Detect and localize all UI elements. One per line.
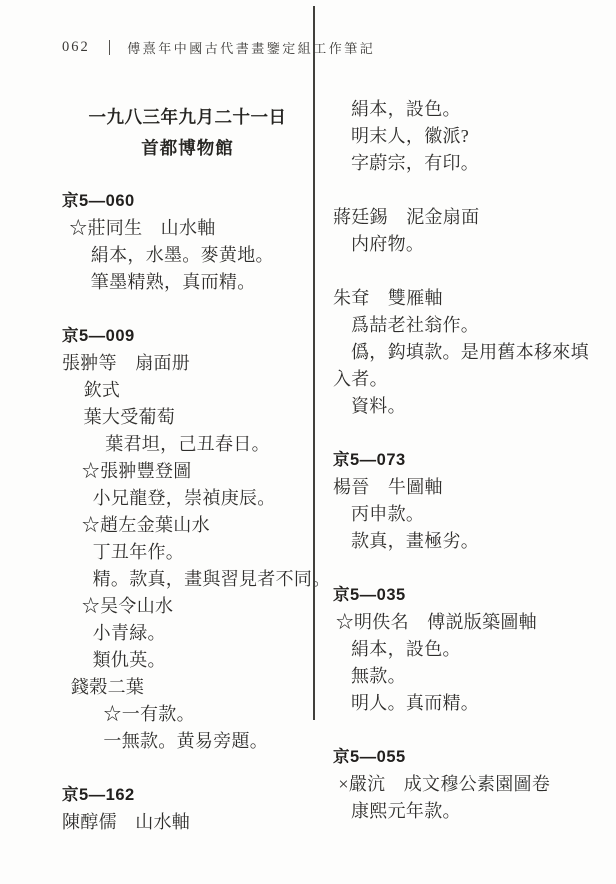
note-line: 楊晉 牛圖軸 bbox=[333, 474, 616, 501]
entry-date-heading: 一九八三年九月二十一日 bbox=[62, 102, 313, 133]
note-line: 一無款。黄易旁題。 bbox=[62, 728, 313, 755]
note-line: ☆張翀豐登圖 bbox=[62, 458, 313, 485]
note-line: 款真，畫極劣。 bbox=[333, 528, 616, 555]
left-column: 一九八三年九月二十一日 首都博物館 京5—060☆莊同生 山水軸絹本，水墨。麥黄… bbox=[62, 96, 313, 884]
note-line: 丁丑年作。 bbox=[62, 539, 313, 566]
section-heading: 一九八三年九月二十一日 首都博物館 bbox=[62, 102, 313, 164]
note-line: 小兄龍登，崇禎庚辰。 bbox=[62, 485, 313, 512]
note-line: 欽式 bbox=[62, 377, 313, 404]
note-line: 張翀等 扇面册 bbox=[62, 350, 313, 377]
note-line: 朱耷 雙雁軸 bbox=[333, 285, 616, 312]
note-line: 絹本，設色。 bbox=[333, 636, 616, 663]
note-line: 爲喆老社翁作。 bbox=[333, 312, 616, 339]
note-line: 葉大受葡萄 bbox=[62, 404, 313, 431]
note-line: 陳醇儒 山水軸 bbox=[62, 809, 313, 836]
note-line: 字蔚宗，有印。 bbox=[333, 150, 616, 177]
note-line: 僞，鈎填款。是用舊本移來填 bbox=[333, 339, 616, 366]
right-column: 絹本，設色。明末人，徽派?字蔚宗，有印。蔣廷錫 泥金扇面内府物。朱耷 雙雁軸爲喆… bbox=[313, 96, 616, 884]
left-column-lines: 京5—060☆莊同生 山水軸絹本，水墨。麥黄地。筆墨精熟，真而精。京5—009張… bbox=[62, 188, 313, 836]
right-column-lines: 絹本，設色。明末人，徽派?字蔚宗，有印。蔣廷錫 泥金扇面内府物。朱耷 雙雁軸爲喆… bbox=[333, 96, 616, 825]
blank-line bbox=[333, 258, 616, 285]
header-separator-rule bbox=[109, 40, 111, 55]
blank-line bbox=[333, 555, 616, 582]
note-line: 明人。真而精。 bbox=[333, 690, 616, 717]
note-line: 絹本，水墨。麥黄地。 bbox=[62, 242, 313, 269]
note-line: 内府物。 bbox=[333, 231, 616, 258]
note-line: ×嚴沆 成文穆公素園圖卷 bbox=[333, 771, 616, 798]
blank-line bbox=[333, 717, 616, 744]
note-line: 小青緑。 bbox=[62, 620, 313, 647]
catalog-number: 京5—035 bbox=[333, 582, 616, 609]
note-line: 蔣廷錫 泥金扇面 bbox=[333, 204, 616, 231]
note-line: 無款。 bbox=[333, 663, 616, 690]
note-line: 錢榖二葉 bbox=[62, 674, 313, 701]
note-line: 康熙元年款。 bbox=[333, 798, 616, 825]
note-line: 類仇英。 bbox=[62, 647, 313, 674]
note-line: ☆明佚名 傅説版築圖軸 bbox=[333, 609, 616, 636]
note-line: 葉君坦，己丑春日。 bbox=[62, 431, 313, 458]
note-line: 絹本，設色。 bbox=[333, 96, 616, 123]
note-line: 明末人，徽派? bbox=[333, 123, 616, 150]
catalog-number: 京5—055 bbox=[333, 744, 616, 771]
note-line: ☆一有款。 bbox=[62, 701, 313, 728]
page-number: 062 bbox=[62, 39, 90, 56]
blank-line bbox=[62, 755, 313, 782]
blank-line bbox=[333, 420, 616, 447]
note-line: 入者。 bbox=[333, 366, 616, 393]
note-line: ☆莊同生 山水軸 bbox=[62, 215, 313, 242]
note-line: 資料。 bbox=[333, 393, 616, 420]
page-body: 一九八三年九月二十一日 首都博物館 京5—060☆莊同生 山水軸絹本，水墨。麥黄… bbox=[62, 96, 616, 884]
catalog-number: 京5—162 bbox=[62, 782, 313, 809]
column-divider-rule bbox=[313, 6, 315, 720]
note-line: ☆吴令山水 bbox=[62, 593, 313, 620]
note-line: 筆墨精熟，真而精。 bbox=[62, 269, 313, 296]
note-line: ☆趙左金葉山水 bbox=[62, 512, 313, 539]
running-title: 傅熹年中國古代書畫鑒定組工作筆記 bbox=[127, 38, 375, 57]
venue-heading: 首都博物館 bbox=[62, 133, 313, 164]
note-line: 精。款真，畫與習見者不同。 bbox=[62, 566, 313, 593]
running-head: 062 傅熹年中國古代書畫鑒定組工作筆記 bbox=[62, 38, 586, 57]
note-line: 丙申款。 bbox=[333, 501, 616, 528]
blank-line bbox=[333, 177, 616, 204]
catalog-number: 京5—009 bbox=[62, 323, 313, 350]
catalog-number: 京5—073 bbox=[333, 447, 616, 474]
catalog-number: 京5—060 bbox=[62, 188, 313, 215]
blank-line bbox=[62, 296, 313, 323]
book-page: 062 傅熹年中國古代書畫鑒定組工作筆記 一九八三年九月二十一日 首都博物館 京… bbox=[0, 0, 616, 884]
